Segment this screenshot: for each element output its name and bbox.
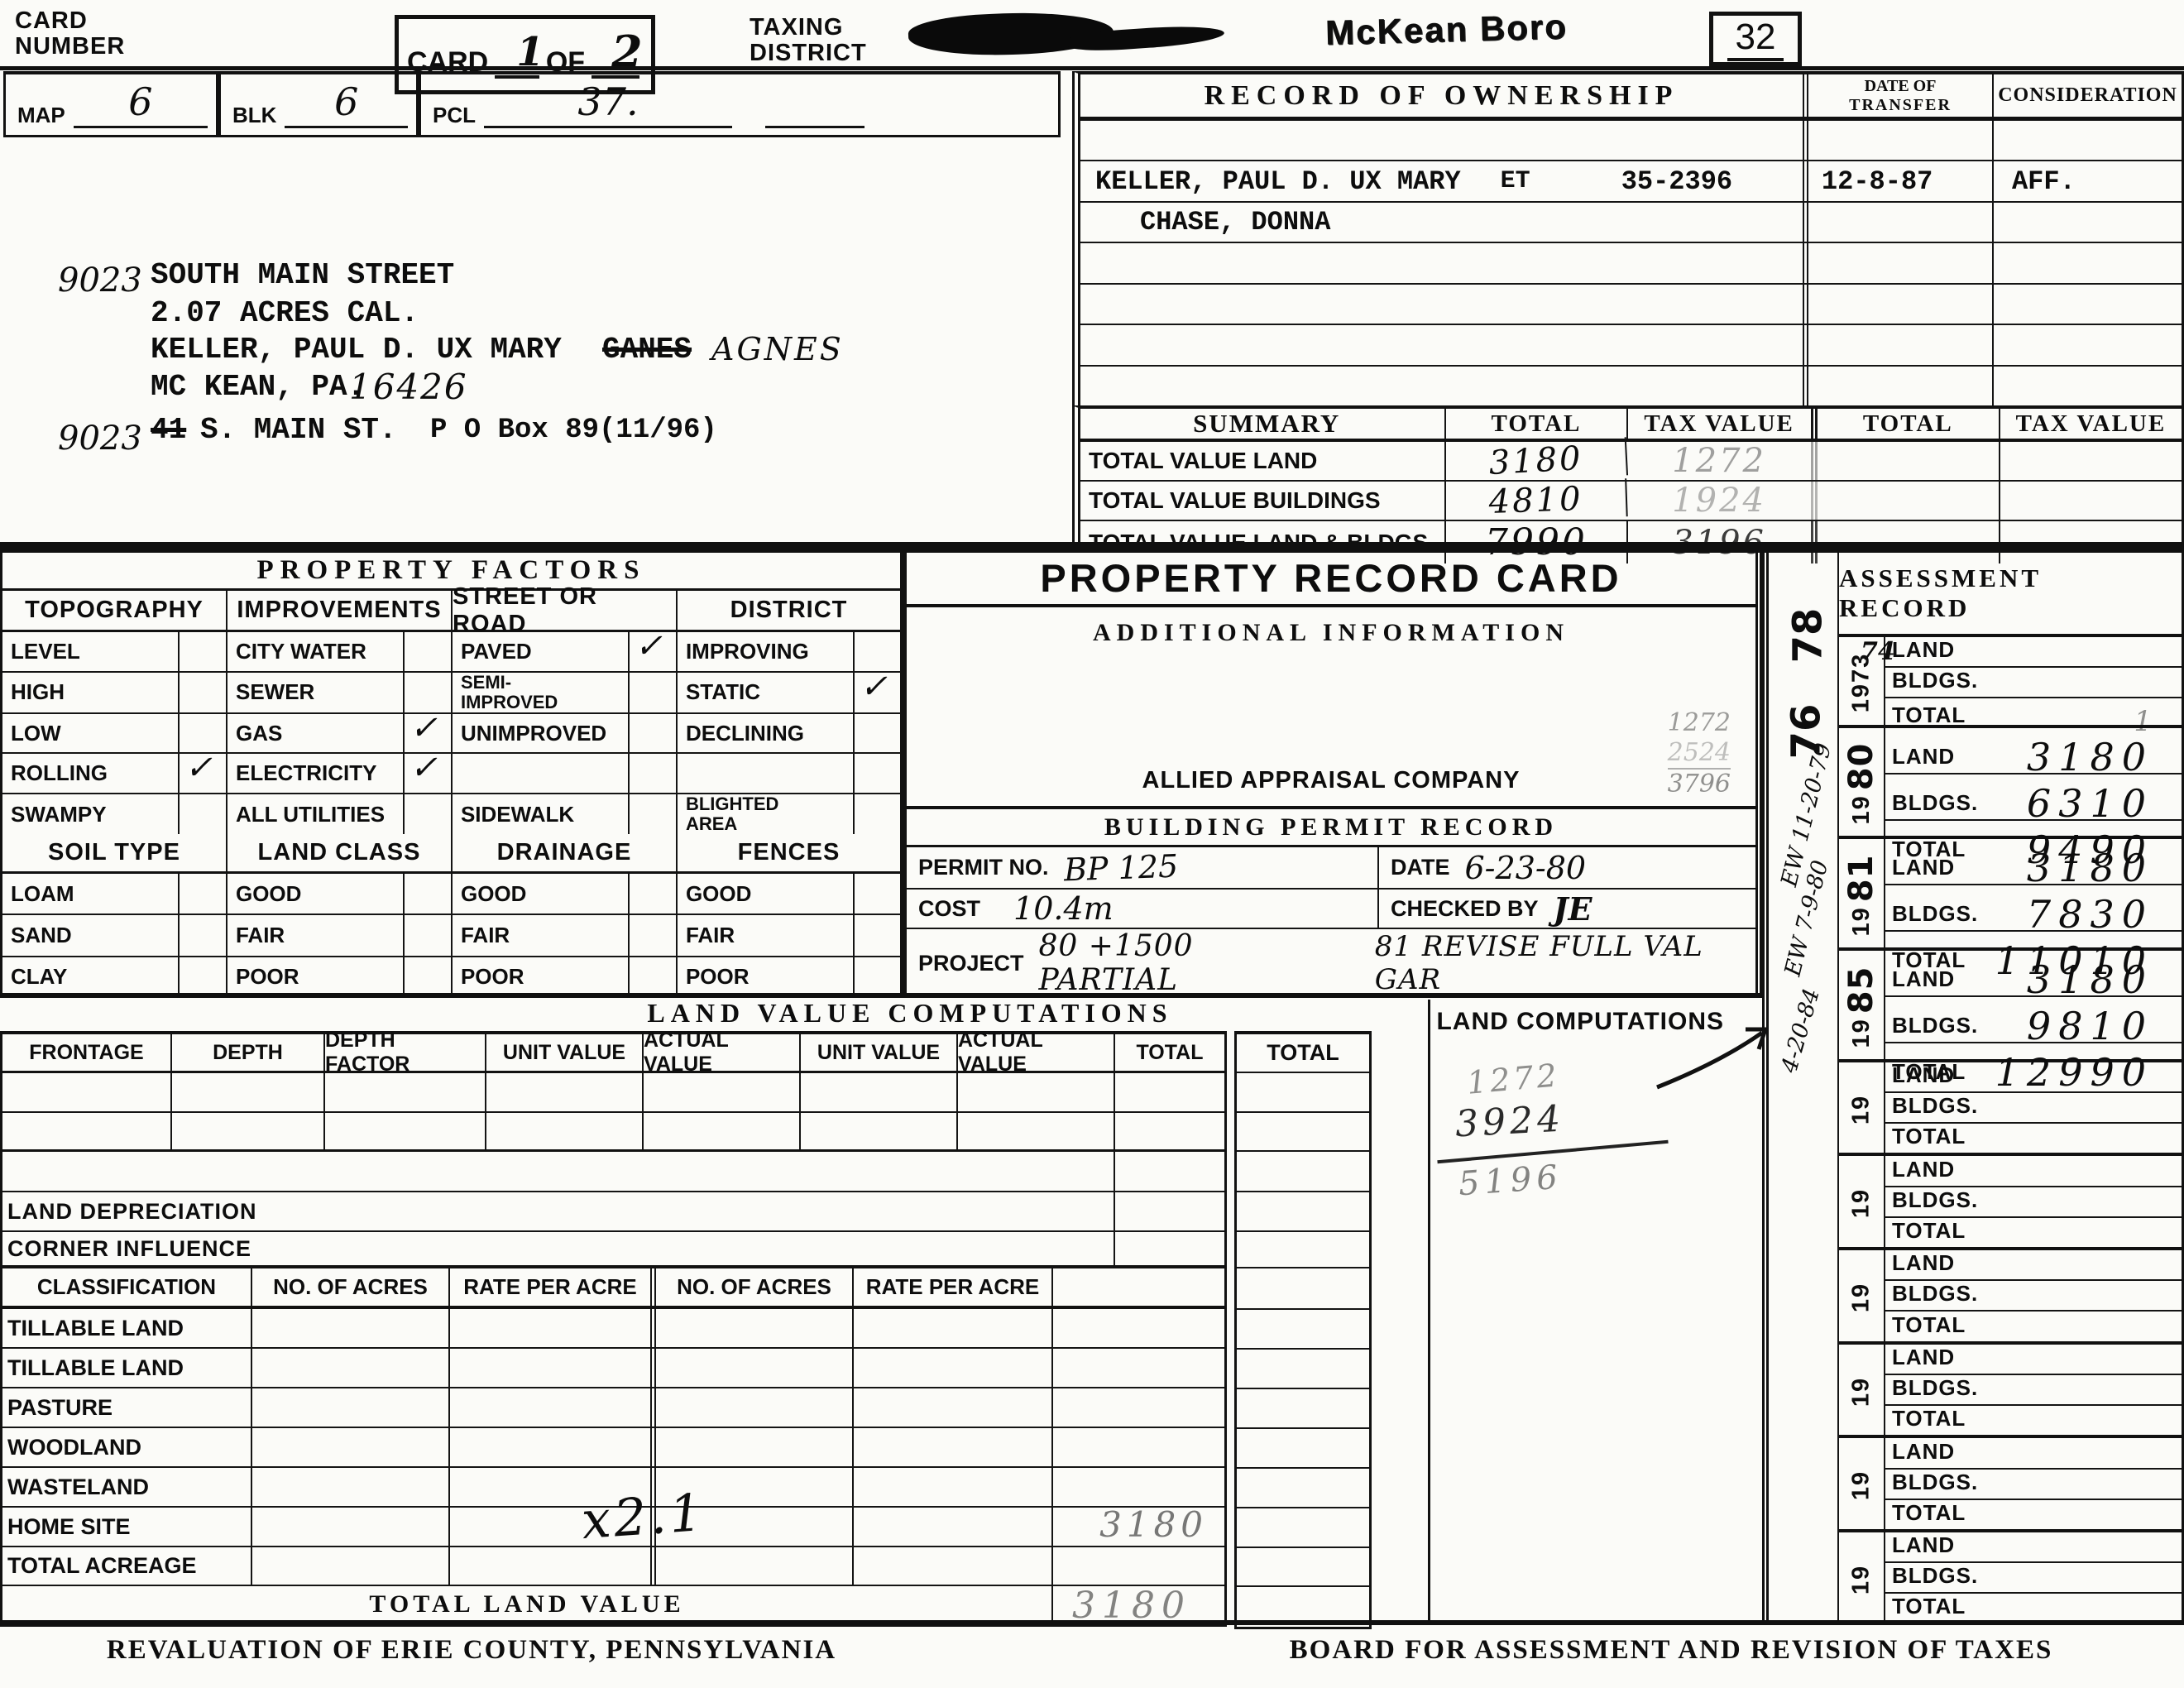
bldgs-row: BLDGS.6310	[1885, 774, 2182, 821]
factors-header-row: TOPOGRAPHY IMPROVEMENTS STREET OR ROAD D…	[2, 591, 900, 632]
permit-row1: PERMIT NO. BP 125 DATE 6-23-80	[907, 847, 1755, 890]
col-actual-value2: ACTUAL VALUE	[958, 1034, 1115, 1071]
class-cell	[854, 1388, 1053, 1427]
assessment-block-1980: 1980 LAND3180 BLDGS.6310 TOTAL9490	[1839, 725, 2182, 836]
soil-row: SAND FAIR FAIR FAIR	[2, 915, 900, 957]
soil-table: SOIL TYPE LAND CLASS DRAINAGE FENCES LOA…	[0, 834, 907, 997]
check-cell	[405, 673, 453, 712]
permit-date-cell: DATE 6-23-80	[1379, 847, 1755, 888]
land-value-table: FRONTAGE DEPTH DEPTH FACTOR UNIT VALUE A…	[0, 1031, 1227, 1268]
card-number-line2: NUMBER	[15, 34, 125, 60]
total-row: TOTAL	[1885, 1312, 2182, 1340]
factors-row: SWAMPY ALL UTILITIES SIDEWALK BLIGHTED A…	[2, 794, 900, 834]
check-cell	[180, 874, 227, 914]
zip-handwritten: 16426	[349, 367, 468, 407]
total-cell	[1237, 1508, 1369, 1548]
owner-name-1: KELLER, PAUL D. UX MARY	[1095, 166, 1461, 197]
ownership-row: CHASE, DONNA	[1080, 203, 2182, 243]
land-row: LAND	[1885, 1062, 2182, 1093]
district-code-value: 32	[1727, 17, 1784, 61]
col-unit-value2: UNIT VALUE	[801, 1034, 958, 1071]
lv-cell	[1115, 1152, 1224, 1191]
classification-header: CLASSIFICATION NO. OF ACRES RATE PER ACR…	[2, 1268, 1224, 1309]
class-cell	[252, 1468, 450, 1506]
total-column-header: TOTAL	[1237, 1034, 1369, 1073]
address-line2: 2.07 ACRES CAL.	[58, 296, 1034, 333]
lv-cell	[958, 1113, 1115, 1149]
bldgs-value: 9810	[1978, 1004, 2182, 1048]
land-row: LAND	[1885, 1156, 2182, 1187]
class-row: PASTURE	[2, 1388, 1224, 1428]
soil-label: FAIR	[453, 915, 630, 955]
lv-cell	[172, 1073, 325, 1111]
struck-old-number: 41	[151, 413, 186, 447]
factors-rows: LEVEL CITY WATER PAVED ✓ IMPROVING HIGH …	[2, 632, 900, 834]
assessment-rows: LAND3180 BLDGS.9810 TOTAL12990	[1885, 951, 2182, 1059]
assessment-rows: LAND BLDGS. TOTAL1	[1885, 637, 2182, 725]
factor-label	[453, 754, 630, 793]
permit-cost-value: 10.4m	[1013, 890, 1114, 927]
year-printed: 19	[1848, 1470, 1875, 1500]
blk-underline: 6	[285, 95, 408, 128]
class-cell	[854, 1468, 1053, 1506]
bldgs-label: BLDGS.	[1885, 1470, 1978, 1499]
col-depth: DEPTH	[172, 1034, 325, 1071]
total-cell	[1237, 1548, 1369, 1587]
soil-label: SAND	[2, 915, 180, 955]
owner-cell	[1080, 325, 1808, 364]
total-land-value-cell: 3180	[1053, 1586, 1224, 1622]
assessment-record: ASSESSMENT RECORD 1973 74 LAND BLDGS. TO…	[1839, 553, 2184, 1623]
total-cell	[1237, 1268, 1369, 1310]
lv-spacer-row	[2, 1152, 1224, 1192]
taxing-district-label: TAXING DISTRICT	[750, 15, 867, 66]
col-topography: TOPOGRAPHY	[2, 591, 227, 630]
corner-influence-label: CORNER INFLUENCE	[2, 1232, 1115, 1265]
pcl-cell: PCL 37.	[419, 71, 1061, 137]
struck-surname: GANES	[602, 333, 692, 367]
summary-row-buildings: TOTAL VALUE BUILDINGS 4810 1924	[1080, 482, 2182, 521]
bldgs-label: BLDGS.	[1885, 901, 1978, 930]
class-cell	[854, 1349, 1053, 1387]
lv-cell	[958, 1073, 1115, 1111]
total-cell	[1237, 1469, 1369, 1508]
class-cell	[854, 1508, 1053, 1546]
class-cell	[1053, 1428, 1224, 1466]
taxing-line1: TAXING	[750, 15, 867, 41]
class-cell	[1053, 1547, 1224, 1585]
soil-label: GOOD	[678, 874, 855, 914]
lv-cell	[1115, 1192, 1224, 1230]
land-label: LAND	[1885, 1532, 1955, 1561]
date-of-transfer-header: DATE OF TRANSFER	[1808, 74, 1994, 117]
land-label: LAND	[1885, 744, 1955, 773]
factor-label: LEVEL	[2, 632, 180, 671]
summary-empty	[1818, 442, 2000, 480]
class-cell	[252, 1388, 450, 1427]
property-factors-table: PROPERTY FACTORS TOPOGRAPHY IMPROVEMENTS…	[0, 553, 907, 834]
bldgs-value: 6310	[1978, 781, 2182, 826]
land-value-title: LAND VALUE COMPUTATIONS	[496, 998, 1324, 1029]
permit-cost-cell: COST 10.4m	[907, 890, 1379, 928]
check-cell	[630, 874, 678, 914]
land-row: LAND3180	[1885, 839, 2182, 885]
summary-header: SUMMARY TOTAL TAX VALUE TOTAL TAX VALUE	[1080, 409, 2182, 442]
permit-no-value: BP 125	[1063, 847, 1179, 888]
bldgs-row: BLDGS.9810	[1885, 997, 2182, 1043]
land-row: LAND	[1885, 1438, 2182, 1469]
class-row: TILLABLE LAND	[2, 1309, 1224, 1349]
bldgs-row: BLDGS.	[1885, 668, 2182, 698]
bldgs-row: BLDGS.	[1885, 1470, 2182, 1500]
year-printed: 19	[1848, 1377, 1875, 1407]
year-stamp: 80	[1842, 743, 1880, 791]
class-cell	[854, 1309, 1053, 1347]
map-underline: 6	[74, 95, 208, 128]
card-number-line1: CARD	[15, 8, 125, 34]
class-cell	[450, 1428, 656, 1466]
permit-row3: PROJECT 80 +1500 PARTIAL 81 REVISE FULL …	[907, 929, 1755, 997]
consideration-cell	[1994, 325, 2182, 364]
lv-cell	[644, 1113, 801, 1149]
map-value: 6	[74, 79, 208, 124]
total-label: TOTAL	[1885, 1218, 1966, 1247]
hand-arrow-icon	[1653, 1021, 1777, 1096]
factor-label: ROLLING	[2, 754, 180, 793]
check-cell	[855, 754, 900, 793]
class-cell	[656, 1388, 854, 1427]
summary-row-land: TOTAL VALUE LAND 3180 1272	[1080, 442, 2182, 482]
check-cell: ✓	[405, 714, 453, 753]
check-cell	[630, 673, 678, 712]
year-cell: 19	[1839, 1250, 1885, 1341]
ownership-row	[1080, 325, 2182, 366]
class-cell	[450, 1309, 656, 1347]
soil-rows: LOAM GOOD GOOD GOOD SAND FAIR FAIR FAIR …	[2, 874, 900, 997]
building-permit-record: BUILDING PERMIT RECORD PERMIT NO. BP 125…	[907, 809, 1755, 997]
consideration-cell	[1994, 243, 2182, 282]
assessment-block-empty: 19 LAND BLDGS. TOTAL	[1839, 1529, 2182, 1623]
assessment-block-1973: 1973 74 LAND BLDGS. TOTAL1	[1839, 634, 2182, 725]
address-line4: MC KEAN, PA. 16426	[58, 370, 1034, 408]
check-cell	[405, 957, 453, 997]
permit-no-cell: PERMIT NO. BP 125	[907, 847, 1379, 888]
class-cell	[1053, 1309, 1224, 1347]
permit-date-value: 6-23-80	[1465, 850, 1587, 886]
property-factors-title: PROPERTY FACTORS	[2, 553, 900, 591]
year-printed: 19	[1848, 1188, 1875, 1218]
summary-land-tax: 1272	[1628, 442, 1818, 480]
assessment-block-empty: 19 LAND BLDGS. TOTAL	[1839, 1247, 2182, 1341]
land-label: LAND	[1885, 1062, 1955, 1091]
class-label: WASTELAND	[2, 1468, 252, 1506]
check-cell	[180, 714, 227, 753]
class-cell	[450, 1547, 656, 1585]
assessment-margin: 78 76 EW 11-20-79 EW 7-9-80 4-20-84	[1762, 553, 1839, 1623]
soil-label: LOAM	[2, 874, 180, 914]
assessment-block-1981: 1981 LAND3180 BLDGS.7830 TOTAL11010	[1839, 836, 2182, 947]
address-line5: 9023 41 S. MAIN ST. P O Box 89(11/96)	[58, 413, 1034, 453]
deed-book-1: 35-2396	[1621, 166, 1732, 197]
lv-cell	[801, 1113, 958, 1149]
check-cell	[180, 794, 227, 834]
class-cell	[450, 1388, 656, 1427]
top-rule	[0, 66, 2184, 70]
consideration-cell	[1994, 367, 2182, 405]
assessment-rows: LAND BLDGS. TOTAL	[1885, 1250, 2182, 1341]
total-column: TOTAL	[1234, 1031, 1372, 1629]
consideration-header: CONSIDERATION	[1994, 74, 2182, 117]
building-permit-title: BUILDING PERMIT RECORD	[907, 809, 1755, 847]
factor-label: IMPROVING	[678, 632, 855, 671]
bldgs-row: BLDGS.	[1885, 1563, 2182, 1594]
total-land-value-label: TOTAL LAND VALUE	[2, 1586, 1053, 1622]
factor-label: DECLINING	[678, 714, 855, 753]
land-row: LAND3180	[1885, 728, 2182, 774]
check-cell	[855, 957, 900, 997]
factor-label: ELECTRICITY	[227, 754, 405, 793]
lv-cell	[325, 1113, 486, 1149]
year-cell: 19	[1839, 1345, 1885, 1436]
date-hdr-2: TRANSFER	[1849, 96, 1952, 115]
transfer-date-0	[1808, 121, 1994, 160]
corrected-name-handwritten: AGNES	[711, 331, 844, 367]
check-cell: ✓	[630, 632, 678, 671]
land-value: 3180	[1955, 735, 2182, 779]
assessment-block-1985: 1985 LAND3180 BLDGS.9810 TOTAL12990	[1839, 947, 2182, 1059]
pcl-label: PCL	[433, 103, 476, 128]
consideration-cell	[1994, 285, 2182, 324]
blk-cell: BLK 6	[218, 71, 419, 137]
home-site-total-handwritten: 3180	[1099, 1504, 1208, 1545]
pcl-value: 37.	[484, 79, 732, 124]
checkmark: ✓	[635, 627, 663, 665]
col-soil-type: SOIL TYPE	[2, 834, 227, 871]
assessment-rows: LAND BLDGS. TOTAL	[1885, 1532, 2182, 1623]
lv-cell	[801, 1073, 958, 1111]
map-cell: MAP 6	[3, 71, 218, 137]
assessment-block-empty: 19 LAND BLDGS. TOTAL	[1839, 1341, 2182, 1436]
check-cell	[180, 632, 227, 671]
total-cell	[1237, 1152, 1369, 1192]
factor-label: SEWER	[227, 673, 405, 712]
check-cell	[405, 915, 453, 955]
total-cell	[1237, 1192, 1369, 1232]
pcl-underline: 37.	[484, 95, 732, 128]
property-record-card-title: PROPERTY RECORD CARD	[907, 553, 1755, 607]
year-cell: 19	[1839, 1156, 1885, 1247]
ownership-row	[1080, 367, 2182, 405]
bldgs-value: 7830	[1978, 892, 2182, 937]
total-row: TOTAL1	[1885, 698, 2182, 731]
total-row: TOTAL	[1885, 1124, 2182, 1153]
col-frontage: FRONTAGE	[2, 1034, 172, 1071]
house-number2-handwritten: 9023	[58, 420, 142, 458]
lv-row	[2, 1073, 1224, 1113]
owner-cell: CHASE, DONNA	[1080, 203, 1808, 242]
col-actual-value: ACTUAL VALUE	[644, 1034, 801, 1071]
check-cell	[855, 874, 900, 914]
class-row: WOODLAND	[2, 1428, 1224, 1468]
factors-row: LEVEL CITY WATER PAVED ✓ IMPROVING	[2, 632, 900, 673]
factor-label: ALL UTILITIES	[227, 794, 405, 834]
summary-col-total2: TOTAL	[1818, 409, 2000, 439]
col-street: STREET OR ROAD	[453, 591, 678, 630]
permit-checked-cell: CHECKED BY JE	[1379, 890, 1755, 928]
date-cell	[1808, 243, 1994, 282]
checkmark: ✓	[409, 749, 438, 787]
summary-label: TOTAL VALUE LAND	[1080, 442, 1446, 480]
lv-cell	[1115, 1113, 1224, 1149]
bldgs-label: BLDGS.	[1885, 1013, 1978, 1042]
district-stamp: McKean Boro	[1324, 7, 1568, 53]
class-cell	[1053, 1468, 1224, 1506]
transfer-date-1: 12-8-87	[1808, 161, 1994, 200]
bldgs-label: BLDGS.	[1885, 1281, 1978, 1310]
soil-label: POOR	[678, 957, 855, 997]
year-stamp: 81	[1842, 854, 1880, 902]
assessment-rows: LAND BLDGS. TOTAL	[1885, 1156, 2182, 1247]
summary-title: SUMMARY	[1080, 409, 1446, 439]
col-unit-value: UNIT VALUE	[486, 1034, 644, 1071]
factor-label: GAS	[227, 714, 405, 753]
checkmark: ✓	[184, 749, 213, 787]
col-district: DISTRICT	[678, 591, 900, 630]
corner-influence-row: CORNER INFLUENCE	[2, 1232, 1224, 1268]
soil-label: FAIR	[227, 915, 405, 955]
class-cell	[854, 1547, 1053, 1585]
land-row: LAND	[1885, 1345, 2182, 1375]
summary-bldg-tax: 1924	[1628, 482, 1818, 520]
address-line1: 9023 SOUTH MAIN STREET	[58, 258, 1034, 296]
assessment-rows: LAND BLDGS. TOTAL	[1885, 1345, 2182, 1436]
date-cell	[1808, 285, 1994, 324]
owner-cell	[1080, 121, 1808, 160]
class-cell	[252, 1349, 450, 1387]
check-cell	[855, 714, 900, 753]
total-cell	[1237, 1232, 1369, 1268]
factor-label: SWAMPY	[2, 794, 180, 834]
total-cell	[1237, 1350, 1369, 1389]
land-row: LAND	[1885, 1250, 2182, 1281]
summary-col-tax: TAX VALUE	[1628, 409, 1818, 439]
class-label: PASTURE	[2, 1388, 252, 1427]
check-cell	[630, 915, 678, 955]
lv-cell	[172, 1113, 325, 1149]
factors-row: LOW GAS ✓ UNIMPROVED DECLINING	[2, 714, 900, 755]
col-acres2: NO. OF ACRES	[656, 1268, 854, 1306]
total-cell	[1237, 1429, 1369, 1469]
footer-right: BOARD FOR ASSESSMENT AND REVISION OF TAX…	[1274, 1635, 2068, 1666]
class-cell	[656, 1428, 854, 1466]
home-site-note-handwritten: x2.1	[580, 1482, 707, 1551]
bottom-rule	[0, 1620, 2184, 1625]
check-cell	[855, 915, 900, 955]
pencil-line: 1272	[1465, 1057, 1561, 1101]
city-state: MC KEAN, PA.	[151, 370, 365, 404]
total-label: TOTAL	[1885, 1312, 1966, 1341]
check-cell	[855, 632, 900, 671]
total-cell	[1237, 1113, 1369, 1152]
check-cell	[630, 794, 678, 834]
lv-cell	[486, 1073, 644, 1111]
ownership-table: RECORD OF OWNERSHIP DATE OF TRANSFER CON…	[1072, 71, 2184, 405]
check-cell	[180, 915, 227, 955]
owner-name-2: CHASE, DONNA	[1140, 207, 1330, 237]
bldgs-label: BLDGS.	[1885, 1563, 1978, 1592]
class-cell	[656, 1547, 854, 1585]
ownership-title: RECORD OF OWNERSHIP	[1080, 74, 1808, 117]
factor-label: BLIGHTED AREA	[678, 794, 855, 834]
check-cell	[405, 632, 453, 671]
consideration-1: AFF.	[1994, 161, 2182, 200]
total-label: TOTAL	[1885, 1594, 1966, 1623]
class-cell	[252, 1508, 450, 1546]
district-code-box: 32	[1709, 12, 1802, 66]
soil-header-row: SOIL TYPE LAND CLASS DRAINAGE FENCES	[2, 834, 900, 874]
assessment-block-empty: 19 LAND BLDGS. TOTAL	[1839, 1435, 2182, 1529]
lv-cell	[325, 1073, 486, 1111]
pencil-computation: 1272 2524 3796	[1668, 708, 1731, 799]
footer-left: REVALUATION OF ERIE COUNTY, PENNSYLVANIA	[99, 1635, 844, 1666]
land-value: 3180	[1955, 957, 2182, 1002]
permit-row2: COST 10.4m CHECKED BY JE	[907, 890, 1755, 929]
year-cell: 1980	[1839, 728, 1885, 836]
year-printed: 19	[1848, 1095, 1875, 1125]
bldgs-label: BLDGS.	[1885, 790, 1978, 819]
total-cell	[1237, 1389, 1369, 1429]
soil-row: CLAY POOR POOR POOR	[2, 957, 900, 997]
class-row: TILLABLE LAND	[2, 1349, 1224, 1388]
permit-project-value2: 81 REVISE FULL VAL GAR	[1375, 930, 1755, 996]
lv-cell	[2, 1113, 172, 1149]
summary-empty	[1818, 482, 2000, 520]
pencil-line: 1272	[1668, 708, 1731, 738]
assessment-block-empty: 19 LAND BLDGS. TOTAL	[1839, 1059, 2182, 1153]
class-cell	[450, 1349, 656, 1387]
home-site-row: HOME SITE 3180 x2.1	[2, 1508, 1224, 1547]
summary-empty	[2000, 482, 2182, 520]
class-cell	[656, 1309, 854, 1347]
summary-bldg-total: 4810	[1446, 478, 1629, 523]
checkmark: ✓	[860, 668, 888, 706]
summary-col-total: TOTAL	[1446, 409, 1627, 439]
property-record-card-panel: PROPERTY RECORD CARD ADDITIONAL INFORMAT…	[907, 553, 1762, 997]
check-cell	[405, 794, 453, 834]
property-record-card-scan: CARD NUMBER CARD 1 OF 2 TAXING DISTRICT …	[0, 0, 2184, 1688]
pencil-line: 3924	[1454, 1098, 1565, 1146]
factor-label: LOW	[2, 714, 180, 753]
permit-checked-label: CHECKED BY	[1379, 896, 1539, 922]
pencil-line: 2524	[1668, 738, 1731, 768]
total-row: TOTAL	[1885, 1406, 2182, 1435]
total-cell	[1237, 1310, 1369, 1350]
owner-cell	[1080, 285, 1808, 324]
col-total: TOTAL	[1115, 1034, 1224, 1071]
additional-information-title: ADDITIONAL INFORMATION	[907, 619, 1755, 647]
total-row: TOTAL	[1885, 1500, 2182, 1529]
class-cell	[854, 1428, 1053, 1466]
blk-label: BLK	[232, 103, 276, 128]
consideration-0	[1994, 121, 2182, 160]
soil-label: CLAY	[2, 957, 180, 997]
class-label: TILLABLE LAND	[2, 1309, 252, 1347]
land-row: LAND3180	[1885, 951, 2182, 997]
land-depreciation-row: LAND DEPRECIATION	[2, 1192, 1224, 1232]
pencil-line: 5196	[1458, 1158, 1564, 1204]
land-label: LAND	[1885, 1250, 1955, 1279]
bldgs-row: BLDGS.7830	[1885, 885, 2182, 932]
